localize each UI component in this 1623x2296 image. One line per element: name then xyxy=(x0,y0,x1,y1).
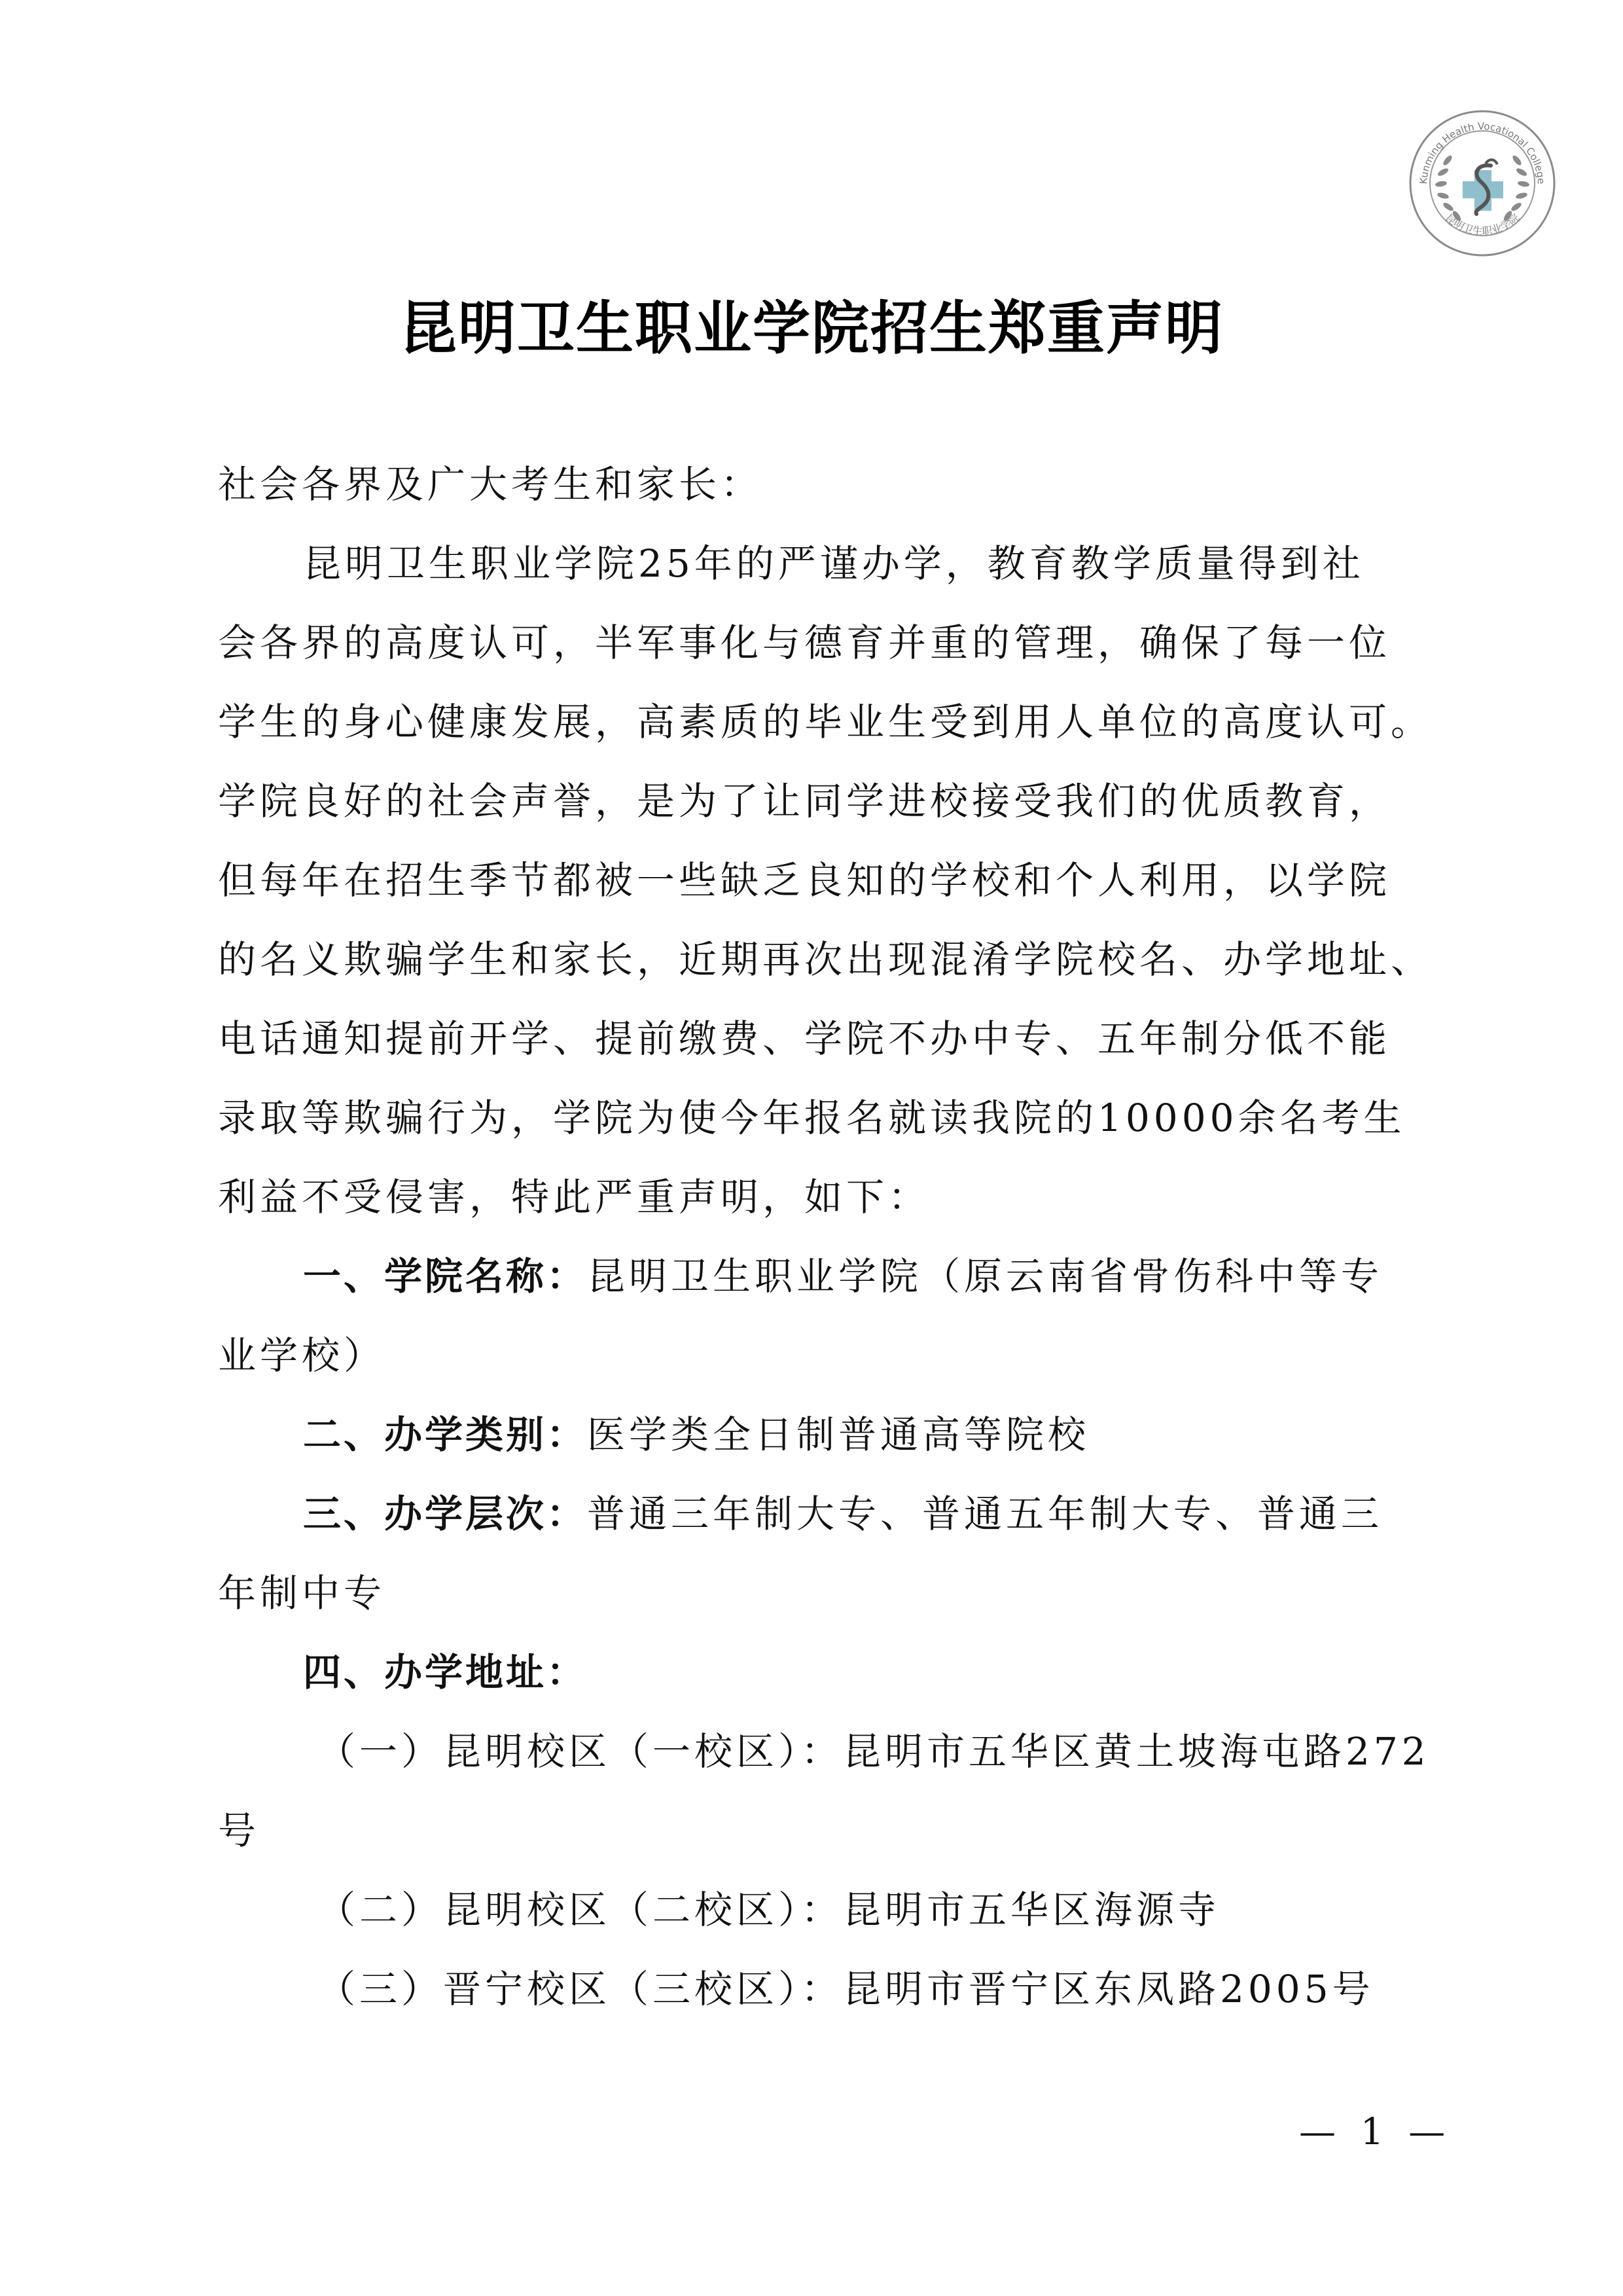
section-school-levels: 三、办学层次：普通三年制大专、普通五年制大专、普通三 xyxy=(303,1491,1507,1537)
document-title: 昆明卫生职业学院招生郑重声明 xyxy=(0,283,1623,365)
address-campus-1: （一）昆明校区（一校区）：昆明市五华区黄土坡海屯路272 xyxy=(317,1729,1522,1774)
section-text: 昆明卫生职业学院（原云南省骨伤科中等专 xyxy=(587,1254,1383,1299)
page-number: — 1 — xyxy=(1299,2111,1452,2153)
body-line: 昆明卫生职业学院25年的严谨办学，教育教学质量得到社 xyxy=(303,541,1507,586)
body-line: 学生的身心健康发展，高素质的毕业生受到用人单位的高度认可。 xyxy=(218,699,1422,745)
section-heading: 三、办学层次： xyxy=(303,1492,587,1536)
body-line: 电话通知提前开学、提前缴费、学院不办中专、五年制分低不能 xyxy=(218,1016,1422,1062)
body-line: 学院良好的社会声誉，是为了让同学进校接受我们的优质教育， xyxy=(218,778,1422,824)
section-school-address: 四、办学地址： xyxy=(303,1649,1507,1695)
body-line: 利益不受侵害，特此严重声明，如下： xyxy=(218,1174,1422,1220)
address-campus-2: （二）昆明校区（二校区）：昆明市五华区海源寺 xyxy=(317,1887,1522,1933)
body-line: 录取等欺骗行为，学院为使今年报名就读我院的10000余名考生 xyxy=(218,1095,1422,1141)
section-school-type: 二、办学类别：医学类全日制普通高等院校 xyxy=(303,1412,1507,1458)
section-college-name: 一、学院名称：昆明卫生职业学院（原云南省骨伤科中等专 xyxy=(303,1253,1507,1299)
section-heading: 一、学院名称： xyxy=(303,1254,587,1299)
body-line: 的名义欺骗学生和家长，近期再次出现混淆学院校名、办学地址、 xyxy=(218,937,1422,982)
section-heading: 四、办学地址： xyxy=(303,1650,587,1695)
section-text: 医学类全日制普通高等院校 xyxy=(587,1412,1090,1457)
body-line: 但每年在招生季节都被一些缺乏良知的学校和个人利用，以学院 xyxy=(218,857,1422,903)
section-heading: 二、办学类别： xyxy=(303,1412,587,1457)
emblem-icon: Kunming Health Vocational College 昆明卫生职业… xyxy=(1407,108,1558,259)
body-line: 会各界的高度认可，半军事化与德育并重的管理，确保了每一位 xyxy=(218,620,1422,666)
address-continuation: 号 xyxy=(218,1808,1422,1854)
address-campus-3: （三）晋宁校区（三校区）：昆明市晋宁区东凤路2005号 xyxy=(317,1966,1522,2012)
college-emblem-logo: Kunming Health Vocational College 昆明卫生职业… xyxy=(1407,108,1558,259)
salutation: 社会各界及广大考生和家长： xyxy=(218,461,1422,507)
section-text: 普通三年制大专、普通五年制大专、普通三 xyxy=(587,1492,1383,1536)
section-continuation: 业学校） xyxy=(218,1333,1422,1378)
section-continuation: 年制中专 xyxy=(218,1570,1422,1616)
